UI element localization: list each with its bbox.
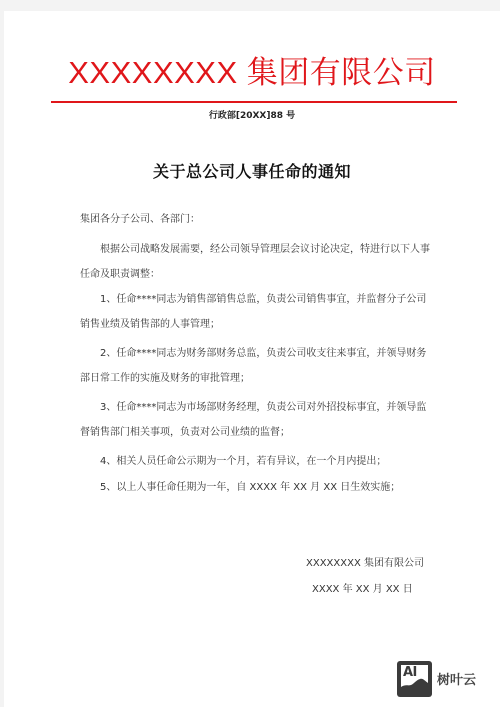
notice-title: 关于总公司人事任命的通知	[4, 159, 500, 182]
item-4: 4、相关人员任命公示期为一个月，若有异议，在一个月内提出；	[100, 455, 460, 469]
watermark-label: 树叶云	[437, 669, 476, 688]
item-1-line1: 1、任命****同志为销售部销售总监，负责公司销售事宜，并监督分子公司	[100, 293, 460, 307]
item-2-line2: 部日常工作的实施及财务的审批管理；	[80, 372, 440, 386]
item-3-line1: 3、任命****同志为市场部财务经理，负责公司对外招投标事宜，并领导监	[100, 401, 460, 415]
salutation: 集团各分子公司、各部门：	[80, 213, 440, 227]
ai-logo-icon: AI	[397, 661, 432, 697]
mountain-wave-icon	[401, 677, 428, 691]
intro-paragraph-line1: 根据公司战略发展需要，经公司领导管理层会议讨论决定，特进行以下人事	[100, 243, 460, 257]
company-header: XXXXXXXX 集团有限公司	[4, 55, 500, 91]
item-2-line1: 2、任命****同志为财务部财务总监，负责公司收支往来事宜，并领导财务	[100, 347, 460, 361]
signature-company: XXXXXXXX 集团有限公司	[306, 557, 424, 571]
item-3-line2: 督销售部门相关事项，负责对公司业绩的监督；	[80, 426, 440, 440]
item-1-line2: 销售业绩及销售部的人事管理；	[80, 318, 440, 332]
watermark: AI 树叶云	[397, 660, 476, 697]
signature-date: XXXX 年 XX 月 XX 日	[312, 583, 413, 597]
document-number: 行政部[20XX]88 号	[4, 108, 500, 121]
red-divider	[51, 101, 457, 103]
intro-paragraph-line2: 任命及职责调整：	[80, 268, 440, 282]
document-page: XXXXXXXX 集团有限公司 行政部[20XX]88 号 关于总公司人事任命的…	[4, 11, 500, 707]
item-5: 5、以上人事任命任期为一年，自 XXXX 年 XX 月 XX 日生效实施；	[100, 481, 460, 495]
